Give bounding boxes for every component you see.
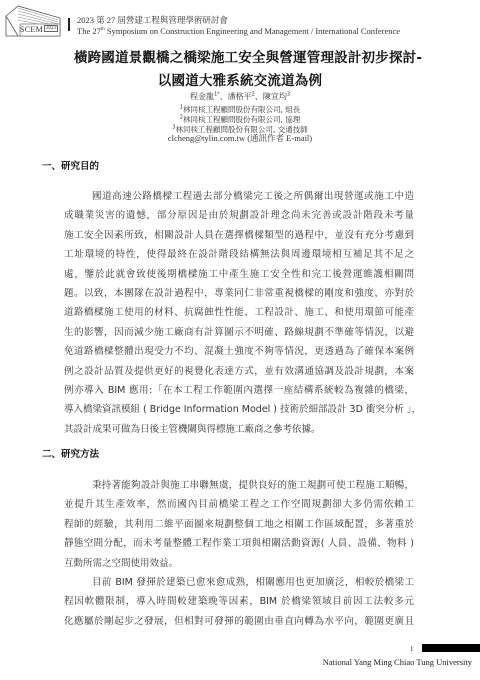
footer-bar (422, 644, 480, 652)
section-body: 秉持著能夠設計與施工串聯無虞，提供良好的施工規劃可使工程施工順暢， 並提升其生產… (64, 476, 414, 631)
body-line: 其設計成果可做為日後主管機關與得標施工廠商之參考依據。 (64, 420, 414, 439)
author-name: 潘格平 (228, 92, 252, 101)
body-line: 秉持著能夠設計與施工串聯無虞，提供良好的施工規劃可使工程施工順暢， (64, 476, 414, 495)
body-line: 道路橋樑施工使用的材料、抗腐蝕性性能、工程設計、施工、和使用環節可能產 (64, 303, 414, 322)
body-line: 程因軟體限制，導入時間較建築晚等因素，BIM 於橋梁領域目前因工法較多元 (64, 592, 414, 611)
section-heading: 二、研究方法 (42, 446, 99, 460)
body-line: 靜態空間分配，而未考量整體工程作業工項與相關活動資源( 人員、設備、物料 ) (64, 534, 414, 553)
body-line: 成職業災害的遺憾，部分原因是由於規劃設計理念尚未完善或設計階段未考量 (64, 206, 414, 225)
author-name: 陳宜均 (263, 92, 287, 101)
conference-title-zh: 2023 第 27 屆營建工程與管理學術研討會 (77, 14, 228, 26)
paper-title-line2: 以國道大雅系統交流道為例 (0, 69, 480, 89)
section-heading: 一、研究目的 (42, 158, 99, 172)
paper-title-line1: 橫跨國道景觀橋之橋梁施工安全與營運管理設計初步探討- (8, 46, 480, 66)
body-line: 目前 BIM 發揮於建築已愈來愈成熟，相關應用也更加廣泛，相較於橋梁工 (64, 573, 414, 592)
body-line: 互動所需之空間使用效益。 (64, 554, 414, 573)
body-line: 生的影響，因而減少施工廠商有計算圖示不明確、路線規劃不準確等情況，以避 (64, 323, 414, 342)
body-line: 程師的經驗，其利用二維平面圖來規劃整個工地之相關工作區域配置，多著重於 (64, 515, 414, 534)
body-line: 題。以致，本團隊在設計過程中，專業同仁非常重視橋樑的剛度和強度，亦對於 (64, 284, 414, 303)
author-name: 程金龍 (190, 92, 214, 101)
body-line: 例之設計品質及提供更好的視覺化表達方式，並有效溝通協調及設計規劃，本案 (64, 362, 414, 381)
conference-title-en: The 27th Symposium on Construction Engin… (77, 26, 400, 36)
body-line: 化應屬於剛起步之發展，但相對可發揮的範圍由垂直向轉為水平向，範圍更廣且 (64, 612, 414, 631)
author-list: 程金龍1*、潘格平2、陳宜均3 (0, 91, 480, 102)
header-divider (68, 18, 70, 31)
logo-text: SCEM (20, 25, 43, 34)
body-line: 施工安全因素所致，相關設計人員在選擇橋樑類型的過程中，並沒有充分考慮到 (64, 226, 414, 245)
logo-year: 2023 (44, 25, 58, 32)
page-number: 1 (410, 645, 414, 653)
corresponding-email: clcheng@tylin.com.tw (通訊作者 E-mail) (0, 132, 480, 144)
body-line: 例亦導入 BIM 應用:「在本工程工作範圍內選擇一座結構系統較為複雜的橋梁， (64, 381, 414, 400)
body-line: 並提升其生產效率，然而國內目前橋梁工程之工作空間規劃卻大多仍需依賴工 (64, 495, 414, 514)
body-line: 導入橋梁資訊模組 ( Bridge Information Model ) 技術… (64, 400, 414, 419)
body-line: 國道高速公路橋樑工程過去部分橋梁完工後之所偶爾出現營運或施工中造 (64, 187, 414, 206)
footer-university: National Yang Ming Chiao Tung University (323, 657, 472, 667)
body-line: 免道路橋樑整體出現受力不均、混凝土強度不夠等情況，更透過為了確保本案例 (64, 342, 414, 361)
section-body: 國道高速公路橋樑工程過去部分橋梁完工後之所偶爾出現營運或施工中造 成職業災害的遺… (64, 187, 414, 439)
body-line: 處，鑒於此就會致使後期橋樑施工中產生施工安全性和完工後營運維護相關問 (64, 265, 414, 284)
body-line: 工址環境的特性，使得最終在設計階段結構無法與周邊環境相互補足其不足之 (64, 245, 414, 264)
